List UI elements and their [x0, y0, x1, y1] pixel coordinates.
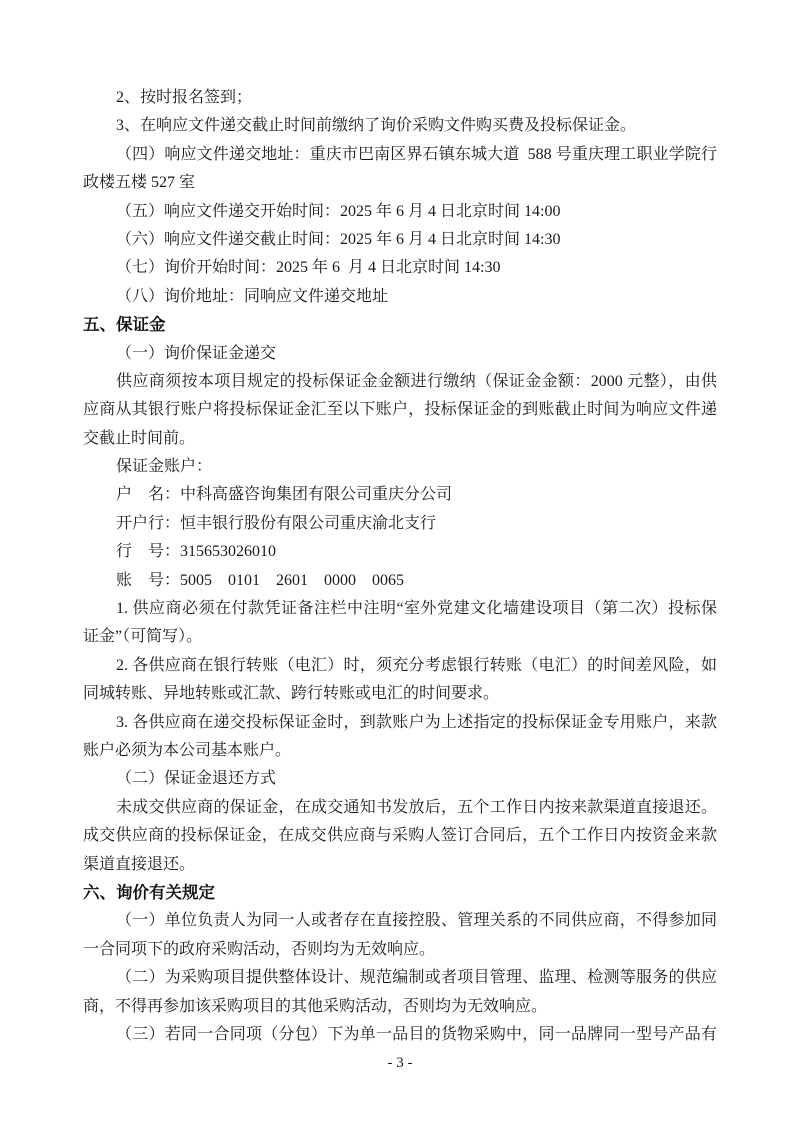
text-line: （七）询价开始时间：2025 年 6 月 4 日北京时间 14:30 — [83, 254, 717, 282]
text-line: （二）为采购项目提供整体设计、规范编制或者项目管理、监理、检测等服务的供应 — [83, 964, 717, 992]
text-line: （三）若同一合同项（分包）下为单一品目的货物采购中，同一品牌同一型号产品有 — [83, 1021, 717, 1049]
text-line: 证金”（可简写）。 — [83, 623, 717, 651]
text-line: 交截止时间前。 — [83, 425, 717, 453]
text-line: （一）询价保证金递交 — [83, 340, 717, 368]
text-line: （二）保证金退还方式 — [83, 765, 717, 793]
page-number: - 3 - — [83, 1049, 717, 1077]
text-line: 供应商须按本项目规定的投标保证金金额进行缴纳（保证金金额：2000 元整），由供 — [83, 368, 717, 396]
text-line: 一合同项下的政府采购活动，否则均为无效响应。 — [83, 936, 717, 964]
text-line: （五）响应文件递交开始时间：2025 年 6 月 4 日北京时间 14:00 — [83, 198, 717, 226]
text-line: （八）询价地址：同响应文件递交地址 — [83, 283, 717, 311]
text-line: 商，不得再参加该采购项目的其他采购活动，否则均为无效响应。 — [83, 993, 717, 1021]
text-line: 3. 各供应商在递交投标保证金时，到款账户为上述指定的投标保证金专用账户，来款 — [83, 709, 717, 737]
text-line: 2、按时报名签到； — [83, 84, 717, 112]
text-line: 成交供应商的投标保证金，在成交供应商与采购人签订合同后，五个工作日内按资金来款 — [83, 822, 717, 850]
text-line: 账 号：5005 0101 2601 0000 0065 — [83, 567, 717, 595]
text-line: 1. 供应商必须在付款凭证备注栏中注明“室外党建文化墙建设项目（第二次）投标保 — [83, 595, 717, 623]
text-line: 未成交供应商的保证金，在成交通知书发放后，五个工作日内按来款渠道直接退还。 — [83, 794, 717, 822]
text-line: 保证金账户： — [83, 453, 717, 481]
text-line: 应商从其银行账户将投标保证金汇至以下账户，投标保证金的到账截止时间为响应文件递 — [83, 396, 717, 424]
text-line: （六）响应文件递交截止时间：2025 年 6 月 4 日北京时间 14:30 — [83, 226, 717, 254]
text-line: 开户行：恒丰银行股份有限公司重庆渝北支行 — [83, 510, 717, 538]
document-page: 2、按时报名签到；3、在响应文件递交截止时间前缴纳了询价采购文件购买费及投标保证… — [0, 0, 793, 1122]
text-line: 行 号：315653026010 — [83, 538, 717, 566]
text-line: （四）响应文件递交地址：重庆市巴南区界石镇东城大道 588 号重庆理工职业学院行 — [83, 141, 717, 169]
text-line: 政楼五楼 527 室 — [83, 169, 717, 197]
text-line: （一）单位负责人为同一人或者存在直接控股、管理关系的不同供应商，不得参加同 — [83, 907, 717, 935]
text-line: 户 名：中科高盛咨询集团有限公司重庆分公司 — [83, 481, 717, 509]
text-line: 3、在响应文件递交截止时间前缴纳了询价采购文件购买费及投标保证金。 — [83, 112, 717, 140]
section-heading: 五、保证金 — [83, 311, 717, 339]
text-line: 账户必须为本公司基本账户。 — [83, 737, 717, 765]
text-line: 渠道直接退还。 — [83, 851, 717, 879]
text-line: 2. 各供应商在银行转账（电汇）时，须充分考虑银行转账（电汇）的时间差风险，如 — [83, 652, 717, 680]
section-heading: 六、询价有关规定 — [83, 879, 717, 907]
text-line: 同城转账、异地转账或汇款、跨行转账或电汇的时间要求。 — [83, 680, 717, 708]
document-body: 2、按时报名签到；3、在响应文件递交截止时间前缴纳了询价采购文件购买费及投标保证… — [83, 84, 717, 1049]
